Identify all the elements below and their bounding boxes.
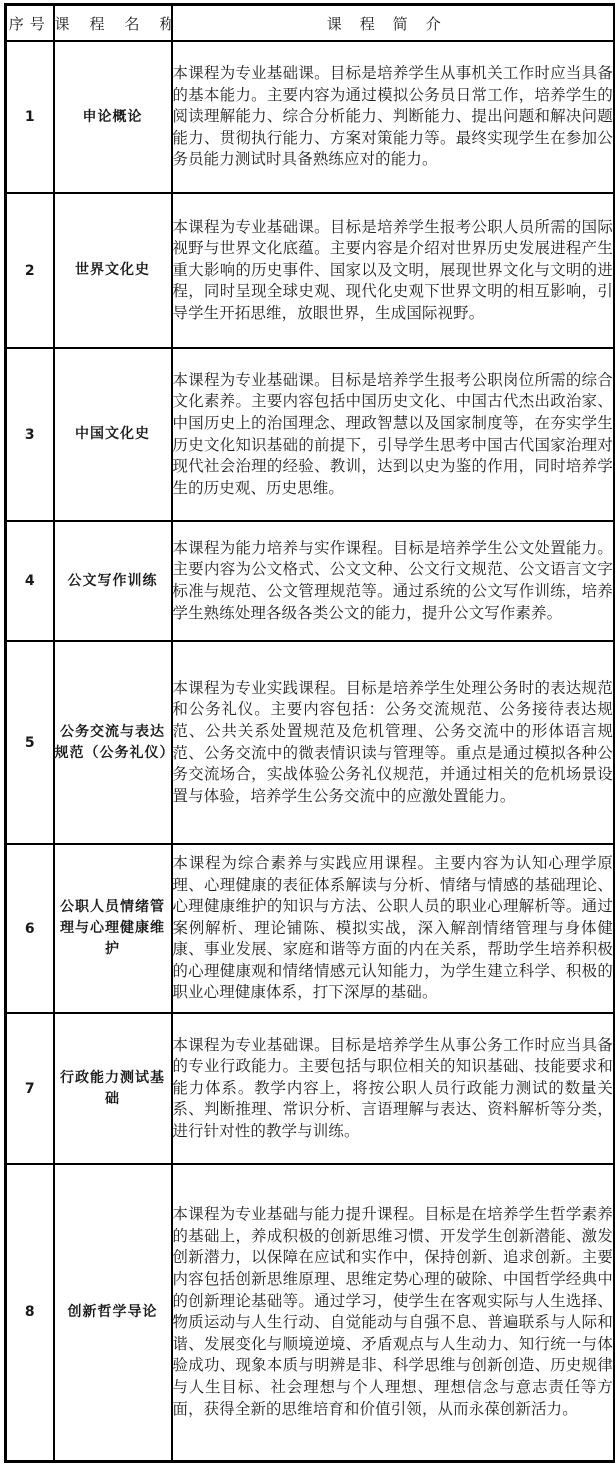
- table-row: 8 创新哲学导论 本课程为专业基础与能力提升课程。目标是在培养学生哲学素养的基础…: [6, 1164, 615, 1461]
- course-name: 公务交流与表达规范（公务礼仪）: [54, 641, 172, 844]
- course-name: 公职人员情绪管理与心理健康维护: [54, 844, 172, 1013]
- serial-number: 3: [6, 348, 54, 521]
- course-table: 序号 课程名称 课程简介 1 申论概论 本课程为专业基础课。目标是培养学生从事机…: [4, 3, 615, 1463]
- course-name: 世界文化史: [54, 193, 172, 348]
- course-description: 本课程为能力培养与实作课程。目标是培养学生公文处置能力。主要内容为公文格式、公文…: [172, 521, 615, 641]
- table-row: 7 行政能力测试基础 本课程为专业基础课。目标是培养学生从事公务工作时应当具备的…: [6, 1013, 615, 1164]
- course-name: 行政能力测试基础: [54, 1013, 172, 1164]
- course-description: 本课程为专业基础课。目标是培养学生从事机关工作时应当具备的基本能力。主要内容为通…: [172, 41, 615, 193]
- table-row: 3 中国文化史 本课程为专业基础课。目标是培养学生报考公职岗位所需的综合文化素养…: [6, 348, 615, 521]
- serial-number: 7: [6, 1013, 54, 1164]
- table-header-row: 序号 课程名称 课程简介: [6, 5, 615, 42]
- course-name: 申论概论: [54, 41, 172, 193]
- serial-number: 2: [6, 193, 54, 348]
- course-description: 本课程为专业实践课程。目标是培养学生处理公务时的表达规范和公务礼仪。主要内容包括…: [172, 641, 615, 844]
- course-description: 本课程为综合素养与实践应用课程。主要内容为认知心理学原理、心理健康的表征体系解读…: [172, 844, 615, 1013]
- table-row: 1 申论概论 本课程为专业基础课。目标是培养学生从事机关工作时应当具备的基本能力…: [6, 41, 615, 193]
- serial-number: 5: [6, 641, 54, 844]
- table-row: 5 公务交流与表达规范（公务礼仪） 本课程为专业实践课程。目标是培养学生处理公务…: [6, 641, 615, 844]
- course-description: 本课程为专业基础课。目标是培养学生从事公务工作时应当具备的专业行政能力。主要包括…: [172, 1013, 615, 1164]
- course-description: 本课程为专业基础课。目标是培养学生报考公职岗位所需的综合文化素养。主要内容包括中…: [172, 348, 615, 521]
- table-row: 4 公文写作训练 本课程为能力培养与实作课程。目标是培养学生公文处置能力。主要内…: [6, 521, 615, 641]
- course-name: 创新哲学导论: [54, 1164, 172, 1461]
- header-course-description: 课程简介: [172, 5, 615, 42]
- header-serial-number: 序号: [6, 5, 54, 42]
- table-row: 6 公职人员情绪管理与心理健康维护 本课程为综合素养与实践应用课程。主要内容为认…: [6, 844, 615, 1013]
- course-name: 中国文化史: [54, 348, 172, 521]
- course-name: 公文写作训练: [54, 521, 172, 641]
- serial-number: 1: [6, 41, 54, 193]
- table-row: 2 世界文化史 本课程为专业基础课。目标是培养学生报考公职人员所需的国际视野与世…: [6, 193, 615, 348]
- serial-number: 6: [6, 844, 54, 1013]
- course-description: 本课程为专业基础课。目标是培养学生报考公职人员所需的国际视野与世界文化底蕴。主要…: [172, 193, 615, 348]
- serial-number: 4: [6, 521, 54, 641]
- course-description: 本课程为专业基础与能力提升课程。目标是在培养学生哲学素养的基础上，养成积极的创新…: [172, 1164, 615, 1461]
- serial-number: 8: [6, 1164, 54, 1461]
- header-course-name: 课程名称: [54, 5, 172, 42]
